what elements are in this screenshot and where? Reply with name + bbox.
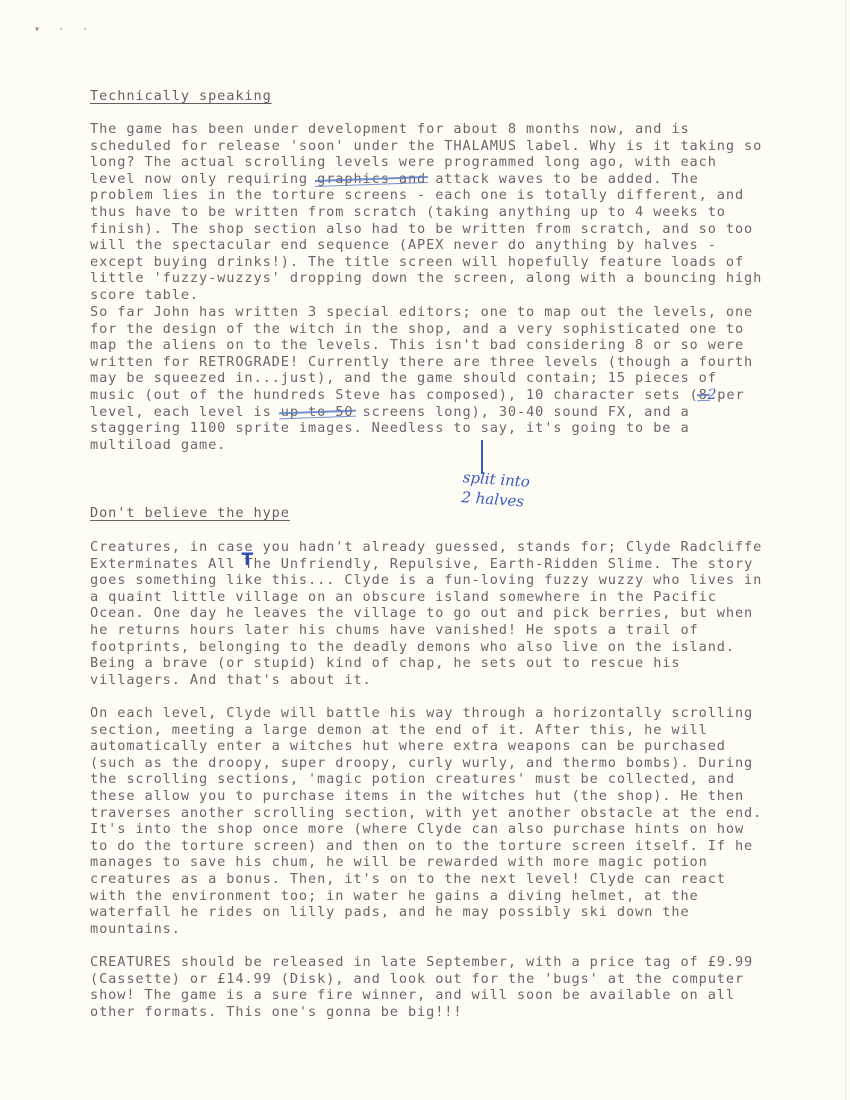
text-line: these allow you to purchase items in the… <box>90 788 762 805</box>
paragraph-editors: So far John has written 3 special editor… <box>90 304 753 453</box>
text-line: multiload game. <box>90 437 753 454</box>
text-line: finish). The shop section also had to be… <box>90 221 762 238</box>
pen-scribble <box>697 394 710 401</box>
paragraph-gameplay: On each level, Clyde will battle his way… <box>90 705 762 937</box>
text-line: (Cassette) or £14.99 (Disk), and look ou… <box>90 971 753 988</box>
paragraph-release: CREATURES should be released in late Sep… <box>90 954 753 1020</box>
paragraph-development: The game has been under development for … <box>90 121 762 304</box>
text-line: The game has been under development for … <box>90 121 762 138</box>
text-line: mountains. <box>90 921 762 938</box>
text-line: Ocean. One day he leaves the village to … <box>90 605 762 622</box>
section-heading-dont-believe-the-hype: Don't believe the hype <box>90 505 290 521</box>
struck-text: 8 <box>699 387 708 403</box>
text-line: with the environment too; in water he ga… <box>90 888 762 905</box>
text-line: footprints, belonging to the deadly demo… <box>90 639 762 656</box>
text-line: for the design of the witch in the shop,… <box>90 321 753 338</box>
text-line: a quaint little village on an obscure is… <box>90 589 762 606</box>
text-line: Being a brave (or stupid) kind of chap, … <box>90 655 762 672</box>
text-line: score table. <box>90 287 762 304</box>
text-line: the scrolling sections, 'magic potion cr… <box>90 771 762 788</box>
text-line: goes something like this... Clyde is a f… <box>90 572 762 589</box>
text-line: music (out of the hundreds Steve has com… <box>90 387 753 404</box>
text-line: It's into the shop once more (where Clyd… <box>90 821 762 838</box>
text-line: waterfall he rides on lilly pads, and he… <box>90 904 762 921</box>
text-line: long? The actual scrolling levels were p… <box>90 154 762 171</box>
paragraph-story: Creatures, in case you hadn't already gu… <box>90 539 762 688</box>
text-line: creatures as a bonus. Then, it's on to t… <box>90 871 762 888</box>
text-line: Creatures, in case you hadn't already gu… <box>90 539 762 556</box>
document-page: ▾ · · Technically speaking The game has … <box>0 0 846 1100</box>
text-line: staggering 1100 sprite images. Needless … <box>90 420 753 437</box>
text-line: little 'fuzzy-wuzzys' dropping down the … <box>90 270 762 287</box>
text-line: show! The game is a sure fire winner, an… <box>90 987 753 1004</box>
text-line: Exterminates All TThe Unfriendly, Repuls… <box>90 556 762 573</box>
text-line: written for RETROGRADE! Currently there … <box>90 354 753 371</box>
text-line: problem lies in the torture screens - ea… <box>90 187 762 204</box>
text-line: automatically enter a witches hut where … <box>90 738 762 755</box>
text-line: (such as the droopy, super droopy, curly… <box>90 755 762 772</box>
text-line: he returns hours later his chums have va… <box>90 622 762 639</box>
text-line: map the aliens on to the levels. This is… <box>90 337 753 354</box>
text-line: other formats. This one's gonna be big!!… <box>90 1004 753 1021</box>
text-line: So far John has written 3 special editor… <box>90 304 753 321</box>
text-line: may be squeezed in...just), and the game… <box>90 370 753 387</box>
text-line: scheduled for release 'soon' under the T… <box>90 138 762 155</box>
text-line: manages to save his chum, he will be rew… <box>90 854 762 871</box>
struck-text: graphics and <box>317 171 426 187</box>
text-line: thus have to be written from scratch (ta… <box>90 204 762 221</box>
text-line: level now only requiring graphics and at… <box>90 171 762 188</box>
pen-scribble <box>315 176 428 187</box>
text-line: On each level, Clyde will battle his way… <box>90 705 762 722</box>
text-line: except buying drinks!). The title screen… <box>90 254 762 271</box>
text-line: traverses another scrolling section, wit… <box>90 805 762 822</box>
text-line: CREATURES should be released in late Sep… <box>90 954 753 971</box>
section-heading-technically-speaking: Technically speaking <box>90 88 272 104</box>
text-line: villagers. And that's about it. <box>90 672 762 689</box>
text-line: to do the torture screen) and then on to… <box>90 838 762 855</box>
page-marks: ▾ · · <box>34 24 94 35</box>
text-line: level, each level is up to 50 screens lo… <box>90 404 753 421</box>
handwritten-insert: T <box>241 552 254 569</box>
struck-text: up to 50 <box>281 404 354 420</box>
margin-note-split-into-halves: split into 2 halves <box>461 467 574 515</box>
text-line: section, meeting a large demon at the en… <box>90 722 762 739</box>
text-line: will the spectacular end sequence (APEX … <box>90 237 762 254</box>
pen-scribble <box>279 409 356 419</box>
